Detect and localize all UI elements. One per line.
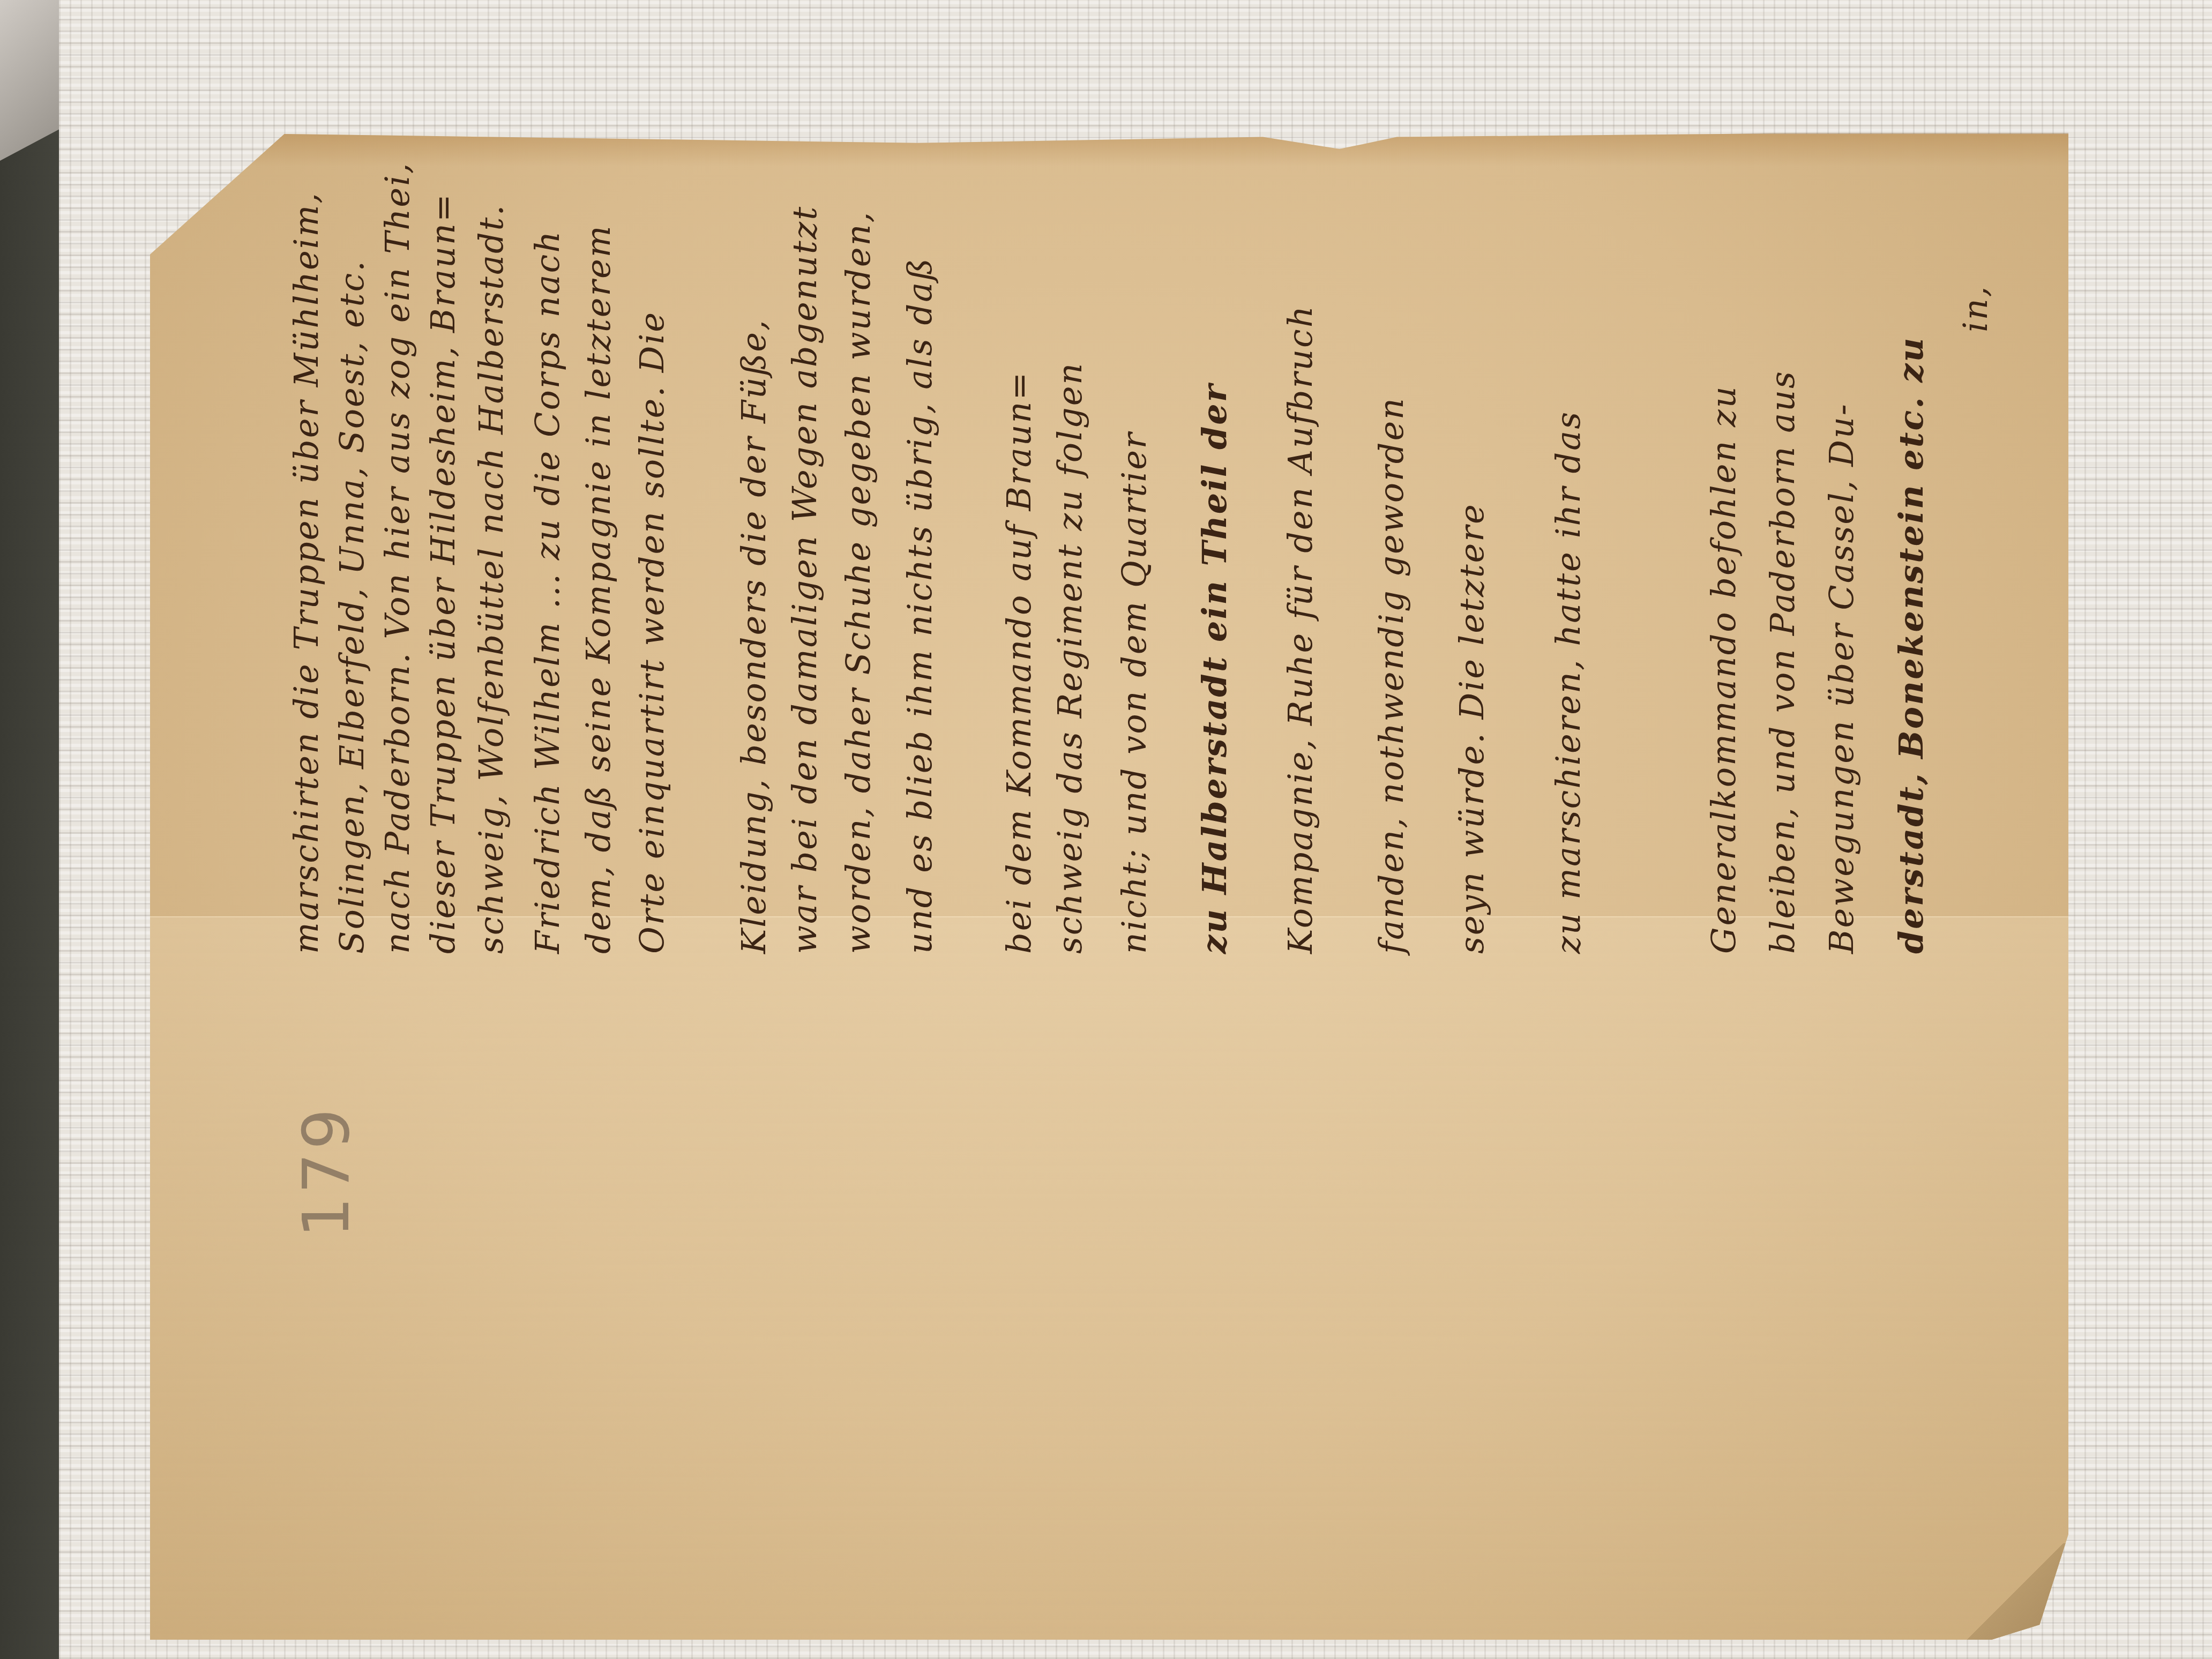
handwritten-line: schweig das Regiment zu folgen [1050, 362, 1089, 954]
handwritten-line: seyn würde. Die letztere [1452, 503, 1491, 954]
handwritten-line: Orte einquartirt werden sollte. Die [632, 311, 671, 954]
handwritten-line: bei dem Kommando auf Braun= [999, 371, 1038, 954]
handwritten-line: Kompagnie, Ruhe für den Aufbruch [1281, 304, 1320, 954]
handwritten-line: war bei den damaligen Wegen abgenutzt [785, 205, 824, 954]
handwritten-line: worden, daher Schuhe gegeben wurden, [839, 211, 878, 954]
handwritten-line: und es blieb ihm nichts übrig, als daß [900, 257, 939, 954]
handwritten-line: zu Halberstadt ein Theil der [1195, 383, 1234, 954]
handwritten-line: Kleidung, besonders die der Füße, [734, 318, 773, 954]
handwritten-line: dieser Truppen über Hildesheim, Braun= [423, 192, 462, 954]
handwritten-line: fanden, nothwendig geworden [1372, 397, 1411, 954]
handwritten-line: marschirten die Truppen über Mühlheim, [287, 191, 326, 954]
handwritten-line: nach Paderborn. Von hier aus zog ein The… [378, 162, 417, 954]
handwritten-line: dem, daß seine Kompagnie in letzterem [579, 224, 618, 954]
handwritten-line-end: in, [1956, 285, 1995, 332]
fold-crease [150, 916, 2068, 1641]
handwritten-line: Friedrich Wilhelm ... zu die Corps nach [528, 230, 567, 954]
handwritten-line: derstadt, Bonekenstein etc. zu [1892, 336, 1931, 954]
handwritten-line: Generalkommando befohlen zu [1704, 385, 1743, 954]
handwritten-line: Solingen, Elberfeld, Unna, Soest, etc. [332, 259, 371, 954]
handwritten-line: schweig, Wolfenbüttel nach Halberstadt. [472, 204, 511, 954]
handwritten-line: nicht; und von dem Quartier [1115, 431, 1154, 954]
handwritten-line: bleiben, und von Paderborn aus [1763, 370, 1802, 954]
handwritten-line: zu marschieren, hatte ihr das [1549, 410, 1588, 954]
pencil-page-number: 179 [289, 1105, 364, 1238]
handwritten-line: Bewegungen über Cassel, Du- [1822, 402, 1861, 954]
